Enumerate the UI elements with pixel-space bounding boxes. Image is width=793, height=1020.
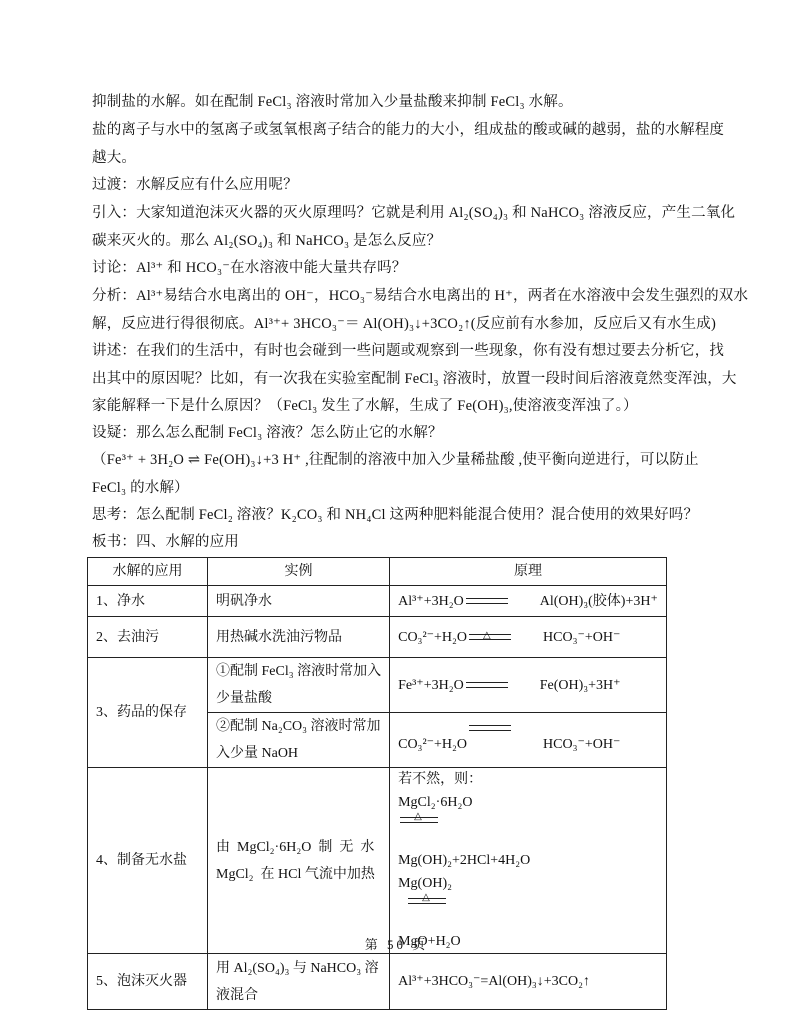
paragraph-fe-equation: （Fe³⁺ + 3H₂O ⇌ Fe(OH)₃↓+3 H⁺ ,往配制的溶液中加入少… — [92, 447, 704, 502]
principle-cell: Al³⁺+3H₂OAl(OH)₃(胶体)+3H⁺ — [390, 586, 667, 617]
principle-intro: 若不然，则： — [398, 768, 658, 791]
equation-left: Al³⁺+3H₂O — [398, 594, 464, 609]
application-cell: 3、药品的保存 — [88, 658, 208, 768]
text-line: 引入：大家知道泡沫灭火器的灭火原理吗？它就是利用 Al₂(SO₄)₃ 和 NaH… — [92, 200, 704, 228]
equilibrium-arrow-icon — [469, 722, 511, 734]
heated-equilibrium-arrow-icon: △ — [400, 814, 438, 826]
paragraph-ion-binding: 盐的离子与水中的氢离子或氢氧根离子结合的能力的大小，组成盐的酸或碱的越弱，盐的水… — [92, 117, 704, 172]
equilibrium-arrow-icon — [466, 679, 508, 691]
text-line: FeCl₃ 的水解） — [92, 475, 704, 503]
table-row: 1、净水 明矾净水 Al³⁺+3H₂OAl(OH)₃(胶体)+3H⁺ — [88, 586, 667, 617]
example-cell: 用 Al₂(SO₄)₃ 与 NaHCO₃ 溶 液混合 — [208, 954, 390, 1010]
text-line: 抑制盐的水解。如在配制 FeCl₃ 溶液时常加入少量盐酸来抑制 FeCl₃ 水解… — [92, 89, 704, 117]
principle-cell: CO₃²⁻+H₂O△HCO₃⁻+OH⁻ — [390, 617, 667, 658]
application-cell: 1、净水 — [88, 586, 208, 617]
principle-cell: Al³⁺+3HCO₃⁻=Al(OH)₃↓+3CO₂↑ — [390, 954, 667, 1010]
equation-right: Mg(OH)₂+2HCl+4H₂O — [398, 849, 658, 872]
paragraph-narration: 讲述：在我们的生活中，有时也会碰到一些问题或观察到一些现象，你有没有想过要去分析… — [92, 338, 704, 421]
equation-left: MgCl₂·6H₂O — [398, 791, 658, 814]
page-number: 第 50 页 — [0, 934, 793, 953]
application-cell: 4、制备无水盐 — [88, 768, 208, 954]
text-line: 分析：Al³⁺易结合水电离出的 OH⁻，HCO₃⁻易结合水电离出的 H⁺，两者在… — [92, 283, 704, 311]
table-row: 2、去油污 用热碱水洗油污物品 CO₃²⁻+H₂O△HCO₃⁻+OH⁻ — [88, 617, 667, 658]
equation-right: HCO₃⁻+OH⁻ — [543, 630, 620, 645]
paragraph-board-title: 板书：四、水解的应用 — [92, 529, 704, 557]
text-line: 板书：四、水解的应用 — [92, 529, 704, 557]
example-line: MgCl₂ 在 HCl 气流中加热 — [216, 861, 381, 888]
text-line: 家能解释一下是什么原因？（FeCl₃ 发生了水解，生成了 Fe(OH)₃,使溶液… — [92, 393, 704, 421]
header-application: 水解的应用 — [88, 558, 208, 586]
equilibrium-arrow-icon — [466, 595, 508, 607]
text-line: 解，反应进行得很彻底。Al³⁺+ 3HCO₃⁻＝ Al(OH)₃↓+3CO₂↑(… — [92, 311, 704, 339]
text-line: 思考：怎么配制 FeCl₂ 溶液？K₂CO₃ 和 NH₄Cl 这两种肥料能混合使… — [92, 502, 704, 530]
table-header-row: 水解的应用 实例 原理 — [88, 558, 667, 586]
equation-right: Fe(OH)₃+3H⁺ — [540, 678, 621, 693]
example-line: 用 Al₂(SO₄)₃ 与 NaHCO₃ 溶 — [216, 955, 381, 982]
text-line: 设疑：那么怎么配制 FeCl₃ 溶液？怎么防止它的水解？ — [92, 420, 704, 448]
example-cell: 用热碱水洗油污物品 — [208, 617, 390, 658]
example-cell: 由 MgCl₂·6H₂O 制 无 水 MgCl₂ 在 HCl 气流中加热 — [208, 768, 390, 954]
example-line: 由 MgCl₂·6H₂O 制 无 水 — [216, 834, 381, 861]
heated-equilibrium-arrow-icon: △ — [469, 631, 511, 643]
equation-left: Mg(OH)₂ — [398, 872, 658, 895]
text-line: 讨论：Al³⁺ 和 HCO₃⁻在水溶液中能大量共存吗？ — [92, 255, 704, 283]
example-cell: ①配制 FeCl₃ 溶液时常加入 少量盐酸 — [208, 658, 390, 713]
principle-cell: 若不然，则： MgCl₂·6H₂O△Mg(OH)₂+2HCl+4H₂O Mg(O… — [390, 768, 667, 954]
equation-left: Fe³⁺+3H₂O — [398, 678, 464, 693]
header-principle: 原理 — [390, 558, 667, 586]
paragraph-suppress-hydrolysis: 抑制盐的水解。如在配制 FeCl₃ 溶液时常加入少量盐酸来抑制 FeCl₃ 水解… — [92, 89, 704, 117]
paragraph-thinking: 思考：怎么配制 FeCl₂ 溶液？K₂CO₃ 和 NH₄Cl 这两种肥料能混合使… — [92, 502, 704, 530]
equation-right: HCO₃⁻+OH⁻ — [543, 737, 620, 752]
equation-line: MgCl₂·6H₂O△Mg(OH)₂+2HCl+4H₂O — [398, 791, 658, 872]
text-line: 讲述：在我们的生活中，有时也会碰到一些问题或观察到一些现象，你有没有想过要去分析… — [92, 338, 704, 366]
paragraph-question: 设疑：那么怎么配制 FeCl₃ 溶液？怎么防止它的水解？ — [92, 420, 704, 448]
equation-left: CO₃²⁻+H₂O — [398, 737, 467, 752]
example-line: 液混合 — [216, 982, 381, 1009]
paragraph-introduction: 引入：大家知道泡沫灭火器的灭火原理吗？它就是利用 Al₂(SO₄)₃ 和 NaH… — [92, 200, 704, 255]
paragraph-analysis: 分析：Al³⁺易结合水电离出的 OH⁻，HCO₃⁻易结合水电离出的 H⁺，两者在… — [92, 283, 704, 338]
text-line: 越大。 — [92, 145, 704, 173]
principle-cell: Fe³⁺+3H₂OFe(OH)₃+3H⁺ — [390, 658, 667, 713]
text-line: （Fe³⁺ + 3H₂O ⇌ Fe(OH)₃↓+3 H⁺ ,往配制的溶液中加入少… — [92, 447, 704, 475]
document-page: 抑制盐的水解。如在配制 FeCl₃ 溶液时常加入少量盐酸来抑制 FeCl₃ 水解… — [0, 0, 793, 1020]
example-cell: ②配制 Na₂CO₃ 溶液时常加 入少量 NaOH — [208, 713, 390, 768]
table-row: 3、药品的保存 ①配制 FeCl₃ 溶液时常加入 少量盐酸 Fe³⁺+3H₂OF… — [88, 658, 667, 713]
text-line: 出其中的原因呢？比如，有一次我在实验室配制 FeCl₃ 溶液时，放置一段时间后溶… — [92, 366, 704, 394]
example-line: 少量盐酸 — [216, 685, 381, 712]
principle-cell: CO₃²⁻+H₂OHCO₃⁻+OH⁻ — [390, 713, 667, 768]
heated-equilibrium-arrow-icon: △ — [408, 895, 446, 907]
equation-right: Al(OH)₃(胶体)+3H⁺ — [540, 594, 658, 609]
header-example: 实例 — [208, 558, 390, 586]
application-cell: 2、去油污 — [88, 617, 208, 658]
table-row: 4、制备无水盐 由 MgCl₂·6H₂O 制 无 水 MgCl₂ 在 HCl 气… — [88, 768, 667, 954]
paragraph-transition: 过渡：水解反应有什么应用呢？ — [92, 172, 704, 200]
text-line: 盐的离子与水中的氢离子或氢氧根离子结合的能力的大小，组成盐的酸或碱的越弱，盐的水… — [92, 117, 704, 145]
text-line: 碳来灭火的。那么 Al₂(SO₄)₃ 和 NaHCO₃ 是怎么反应？ — [92, 228, 704, 256]
paragraph-discussion: 讨论：Al³⁺ 和 HCO₃⁻在水溶液中能大量共存吗？ — [92, 255, 704, 283]
table-row: 5、泡沫灭火器 用 Al₂(SO₄)₃ 与 NaHCO₃ 溶 液混合 Al³⁺+… — [88, 954, 667, 1010]
example-line: 入少量 NaOH — [216, 740, 381, 767]
application-cell: 5、泡沫灭火器 — [88, 954, 208, 1010]
equation-left: CO₃²⁻+H₂O — [398, 630, 467, 645]
text-line: 过渡：水解反应有什么应用呢？ — [92, 172, 704, 200]
example-line: ②配制 Na₂CO₃ 溶液时常加 — [216, 713, 381, 740]
example-line: ①配制 FeCl₃ 溶液时常加入 — [216, 658, 381, 685]
example-cell: 明矾净水 — [208, 586, 390, 617]
